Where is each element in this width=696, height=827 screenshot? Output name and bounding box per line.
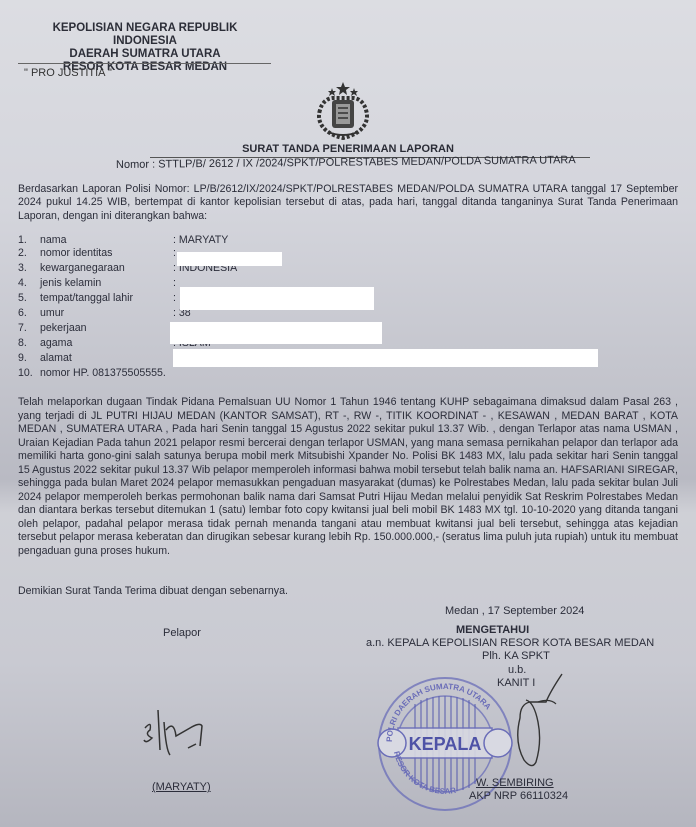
- mengetahui-label: MENGETAHUI: [456, 624, 529, 636]
- redaction-box: [173, 349, 598, 367]
- officer-name: W. SEMBIRING: [476, 777, 554, 789]
- closing-statement: Demikian Surat Tanda Terima dibuat denga…: [18, 585, 678, 598]
- svg-text:KEPALA: KEPALA: [409, 734, 482, 754]
- letterhead-line-2: DAERAH SUMATRA UTARA: [20, 48, 270, 61]
- redaction-box: [180, 287, 374, 310]
- acting-head-label: Plh. KA SPKT: [482, 650, 550, 662]
- officer-nrp: AKP NRP 66110324: [469, 790, 568, 802]
- redaction-box: [177, 252, 282, 266]
- reporter-signature-icon: [140, 700, 220, 760]
- pro-justitia: " PRO JUSTITIA ": [24, 67, 112, 79]
- incident-paragraph: Telah melaporkan dugaan Tindak Pidana Pe…: [18, 396, 678, 558]
- place-date: Medan , 17 September 2024: [445, 605, 584, 617]
- letterhead-line-1: KEPOLISIAN NEGARA REPUBLIK INDONESIA: [20, 22, 270, 48]
- document-title: SURAT TANDA PENERIMAAN LAPORAN: [0, 143, 696, 155]
- police-crest-icon: [308, 80, 378, 142]
- reporter-label: Pelapor: [163, 627, 201, 639]
- intro-paragraph: Berdasarkan Laporan Polisi Nomor: LP/B/2…: [18, 183, 678, 223]
- reporter-name: (MARYATY): [152, 781, 211, 793]
- on-behalf-of: a.n. KEPALA KEPOLISIAN RESOR KOTA BESAR …: [366, 637, 654, 649]
- officer-signature-icon: [480, 672, 580, 792]
- redaction-box: [170, 322, 382, 344]
- letterhead-divider: [18, 63, 271, 64]
